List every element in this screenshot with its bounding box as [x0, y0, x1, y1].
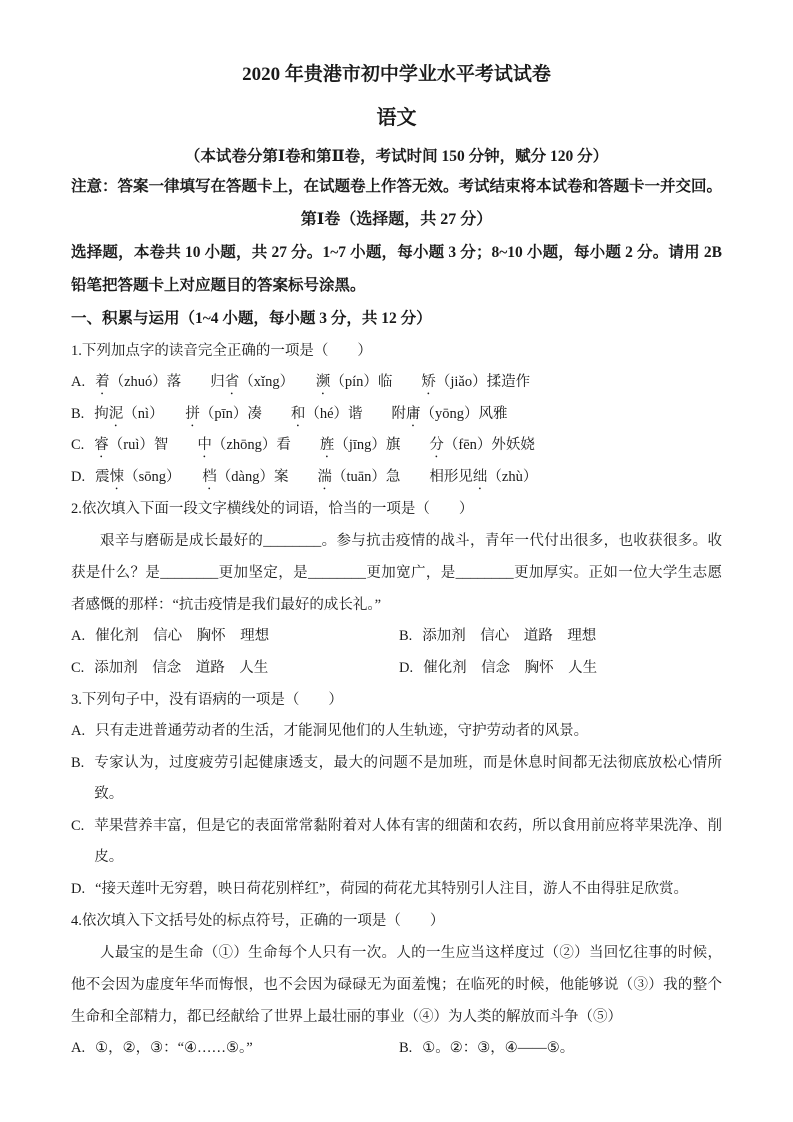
option-text: 专家认为，过度疲劳引起健康透支，最大的问题不是加班，而是休息时间都无法彻底放松心…: [94, 748, 722, 811]
question-3-option-d: D. “接天莲叶无穷碧，映日荷花别样红”，荷园的荷花尤其特别引人注目，游人不由得…: [71, 874, 722, 906]
option-label: A.: [71, 716, 85, 748]
question-4-option-a: A. ①，②，③：“④……⑤。”: [71, 1033, 399, 1065]
question-4: 4.依次填入下文括号处的标点符号，正确的一项是（ ） 人最宝的是生命（①）生命每…: [71, 905, 722, 1065]
exam-paper-page: 2020 年贵港市初中学业水平考试试卷 语文 （本试卷分第Ⅰ卷和第Ⅱ卷，考试时间…: [0, 0, 793, 1122]
option-text: 睿（ruì）智 中（zhōng）看 旌（jīng）旗 分（fēn）外妖娆: [94, 430, 722, 462]
option-text: 催化剂 信心 胸怀 理想: [95, 621, 399, 653]
question-1-option-a: A. 着（zhuó）落 归省（xǐng） 濒（pín）临 矫（jiǎo）揉造作: [71, 367, 722, 399]
option-text: 添加剂 信心 道路 理想: [422, 621, 722, 653]
option-label: D.: [399, 653, 413, 685]
question-2-option-a: A. 催化剂 信心 胸怀 理想: [71, 621, 399, 653]
option-text: 苹果营养丰富，但是它的表面常常黏附着对人体有害的细菌和农药，所以食用前应将苹果洗…: [94, 811, 722, 874]
option-text: “接天莲叶无穷碧，映日荷花别样红”，荷园的荷花尤其特别引人注目，游人不由得驻足欣…: [95, 874, 722, 906]
question-2-option-b: B. 添加剂 信心 道路 理想: [399, 621, 722, 653]
question-2-option-c: C. 添加剂 信念 道路 人生: [71, 653, 399, 685]
section-1-intro: 选择题，本卷共 10 小题，共 27 分。1~7 小题，每小题 3 分；8~10…: [71, 236, 722, 302]
option-label: C.: [71, 653, 84, 685]
question-3-option-a: A. 只有走进普通劳动者的生活，才能洞见他们的人生轨迹，守护劳动者的风景。: [71, 716, 722, 748]
question-3-option-c: C. 苹果营养丰富，但是它的表面常常黏附着对人体有害的细菌和农药，所以食用前应将…: [71, 811, 722, 874]
option-text: 拘泥（nì） 拼（pīn）凑 和（hé）谐 附庸（yōng）风雅: [94, 399, 722, 431]
question-2-options-row-1: A. 催化剂 信心 胸怀 理想 B. 添加剂 信心 道路 理想: [71, 621, 722, 653]
option-label: B.: [71, 399, 84, 431]
option-label: C.: [71, 811, 84, 874]
question-4-passage: 人最宝的是生命（①）生命每个人只有一次。人的一生应当这样度过（②）当回忆往事的时…: [71, 937, 722, 1033]
option-label: B.: [399, 1033, 412, 1065]
option-label: D.: [71, 462, 85, 494]
option-text: ①。②：③，④——⑤。: [422, 1033, 722, 1065]
question-1-option-b: B. 拘泥（nì） 拼（pīn）凑 和（hé）谐 附庸（yōng）风雅: [71, 399, 722, 431]
question-4-stem: 4.依次填入下文括号处的标点符号，正确的一项是（ ）: [71, 905, 722, 937]
option-label: C.: [71, 430, 84, 462]
option-label: B.: [71, 748, 84, 811]
question-1: 1.下列加点字的读音完全正确的一项是（ ） A. 着（zhuó）落 归省（xǐn…: [71, 335, 722, 493]
option-label: A.: [71, 367, 85, 399]
exam-subject: 语文: [71, 104, 722, 132]
question-3-option-b: B. 专家认为，过度疲劳引起健康透支，最大的问题不是加班，而是休息时间都无法彻底…: [71, 748, 722, 811]
question-3-stem: 3.下列句子中，没有语病的一项是（ ）: [71, 684, 722, 716]
option-label: D.: [71, 874, 85, 906]
option-text: 催化剂 信念 胸怀 人生: [423, 653, 722, 685]
question-2-option-d: D. 催化剂 信念 胸怀 人生: [399, 653, 722, 685]
part-1-heading: 一、积累与运用（1~4 小题，每小题 3 分，共 12 分）: [71, 302, 722, 335]
question-4-option-b: B. ①。②：③，④——⑤。: [399, 1033, 722, 1065]
option-label: A.: [71, 1033, 85, 1065]
exam-title: 2020 年贵港市初中学业水平考试试卷: [71, 62, 722, 88]
option-label: B.: [399, 621, 412, 653]
question-2-passage: 艰辛与磨砺是成长最好的________。参与抗击疫情的战斗，青年一代付出很多，也…: [71, 525, 722, 621]
option-label: A.: [71, 621, 85, 653]
option-text: ①，②，③：“④……⑤。”: [95, 1033, 399, 1065]
paper-info: （本试卷分第Ⅰ卷和第Ⅱ卷，考试时间 150 分钟，赋分 120 分）: [71, 144, 722, 170]
option-text: 添加剂 信念 道路 人生: [94, 653, 399, 685]
question-1-stem: 1.下列加点字的读音完全正确的一项是（ ）: [71, 335, 722, 367]
question-2-stem: 2.依次填入下面一段文字横线处的词语，恰当的一项是（ ）: [71, 493, 722, 525]
section-1-heading: 第Ⅰ卷（选择题，共 27 分）: [71, 203, 722, 236]
option-text: 只有走进普通劳动者的生活，才能洞见他们的人生轨迹，守护劳动者的风景。: [95, 716, 722, 748]
question-3: 3.下列句子中，没有语病的一项是（ ） A. 只有走进普通劳动者的生活，才能洞见…: [71, 684, 722, 905]
option-text: 震悚（sōng） 档（dàng）案 湍（tuān）急 相形见绌（zhù）: [95, 462, 722, 494]
exam-notice: 注意：答案一律填写在答题卡上，在试题卷上作答无效。考试结束将本试卷和答题卡一并交…: [71, 170, 722, 203]
question-1-option-d: D. 震悚（sōng） 档（dàng）案 湍（tuān）急 相形见绌（zhù）: [71, 462, 722, 494]
question-4-options-row: A. ①，②，③：“④……⑤。” B. ①。②：③，④——⑤。: [71, 1033, 722, 1065]
question-2: 2.依次填入下面一段文字横线处的词语，恰当的一项是（ ） 艰辛与磨砺是成长最好的…: [71, 493, 722, 684]
question-1-option-c: C. 睿（ruì）智 中（zhōng）看 旌（jīng）旗 分（fēn）外妖娆: [71, 430, 722, 462]
option-text: 着（zhuó）落 归省（xǐng） 濒（pín）临 矫（jiǎo）揉造作: [95, 367, 722, 399]
question-2-options-row-2: C. 添加剂 信念 道路 人生 D. 催化剂 信念 胸怀 人生: [71, 653, 722, 685]
